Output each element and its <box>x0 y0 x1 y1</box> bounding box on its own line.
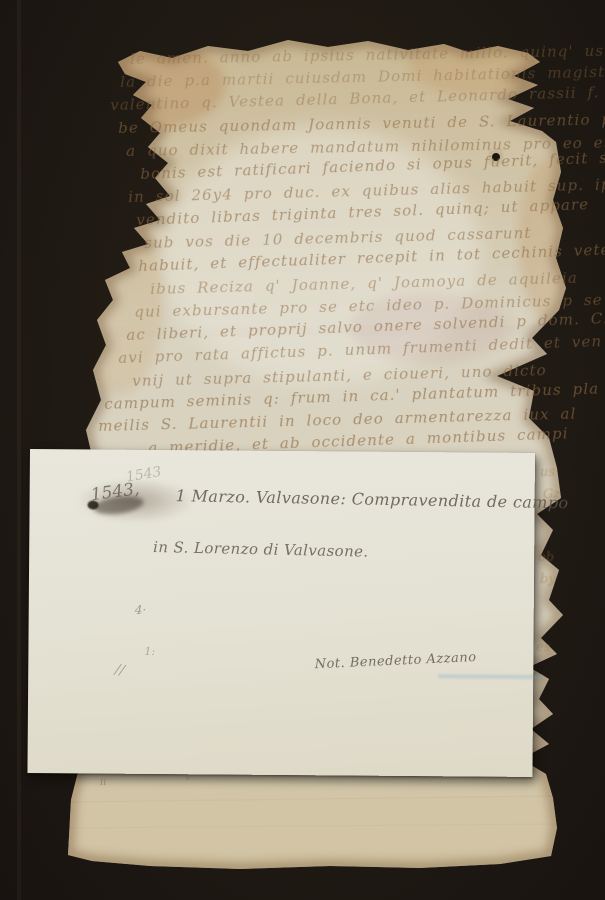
parchment-speck: v <box>185 772 191 783</box>
slip-mark: // <box>114 662 126 679</box>
manuscript-edge-fragment: ob <box>538 550 554 565</box>
archival-slip: 1543 1543, 1 Marzo. Valvasone: Compraven… <box>27 449 535 777</box>
slip-location-line: in S. Lorenzo di Valvasone. <box>153 538 369 561</box>
slip-mark: 4· <box>135 603 147 617</box>
slip-mark: 1: <box>144 645 155 658</box>
blue-streak <box>438 674 543 679</box>
slip-notary-line: Not. Benedetto Azzano <box>314 650 476 672</box>
manuscript-edge-fragment: us <box>540 465 555 480</box>
parchment-speck: ii <box>100 777 106 788</box>
slip-title-line: 1 Marzo. Valvasone: Compravendita de cam… <box>175 486 568 512</box>
manuscript-edge-fragment: by <box>540 572 556 587</box>
photo-of-manuscript: le amen. anno ab ipsius nativitate millo… <box>0 0 605 900</box>
manuscript-edge-fragment: es <box>536 640 550 655</box>
